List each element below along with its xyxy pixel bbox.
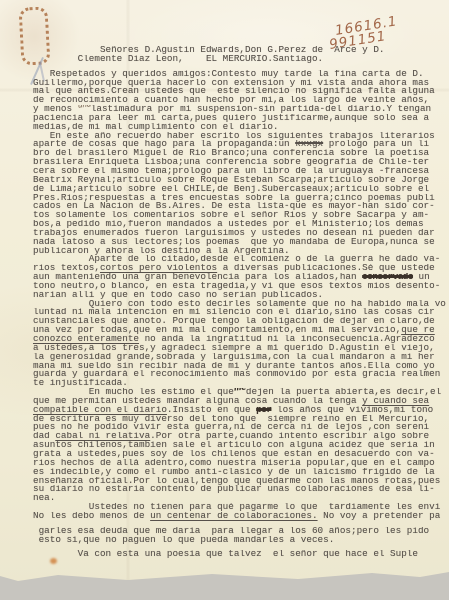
typed-text: trabajos enumerados fueron larguisimos y… [33, 229, 435, 238]
letter-line: publicaron y ahora los destino a la Arge… [33, 247, 447, 256]
letter-line: dad cabal ni relativa.Por otra parte,cua… [33, 432, 447, 441]
letter-line: Pres.Rios;respuestas a tres encuestas so… [33, 194, 447, 203]
typed-text: cados en La Nacion de Bs.Aires. De esta … [33, 202, 435, 211]
typed-text: No les debo menos de [33, 512, 150, 521]
typed-text: bro del brasilero Miguel de Rio Branco;u… [33, 149, 429, 158]
typed-text: aun manteniendo una gran benevolencia pa… [33, 273, 362, 282]
letter-line: de escritura es muy diverso del tono que… [33, 415, 447, 424]
typed-text: Beatrix Reynal;articulo sobre Roque Este… [33, 176, 429, 185]
letter-line: Va con esta una poesia que talvez el señ… [33, 550, 447, 559]
letter-line: cunstanciales que anoto. Porque tengo la… [33, 317, 447, 326]
letter-line: una vez por todas,que en mi mal comporta… [33, 326, 447, 335]
letter-body: Señores D.Agustin Edwards,Don G.Perez de… [33, 46, 447, 576]
typed-text: tos solamente los comentarios sobre el s… [33, 211, 429, 220]
typed-text: Quiero con todo esto decirles solamente … [33, 300, 446, 309]
typed-text: nea. [33, 494, 55, 503]
typed-text: mana mi sueldo sin recibir nada de mi y … [33, 362, 435, 371]
underlined-text: cortos pero violentos [100, 264, 217, 273]
letter-line: Clemente Diaz Leon, EL MERCURIO.Santiago… [33, 55, 447, 64]
letter-line: No les debo menos de un centenar de cola… [33, 512, 447, 521]
letter-line: Señores D.Agustin Edwards,Don G.Perez de… [33, 46, 447, 55]
typed-text: una vez por todas,que en mi mal comporta… [33, 326, 401, 335]
letter-line: grata a ustedes,pues soy de los chilenos… [33, 450, 447, 459]
typed-text: Pres.Rios;respuestas a tres encuestas so… [33, 194, 435, 203]
underlined-text: que re [401, 326, 434, 335]
typed-text: lastimadura por mi suspension-sin partid… [91, 105, 431, 114]
letter-line: Guillermo,porque queria hacerlo con exte… [33, 79, 447, 88]
letter-line: pues no he podido vivir esta guerra,ni d… [33, 423, 447, 432]
typed-text: asuntos chilenos,tambien sale el articul… [33, 441, 435, 450]
letter-line: medias,de mi mal cumplimiento con el dia… [33, 123, 447, 132]
letter-line: Quiero con todo esto decirles solamente … [33, 300, 447, 309]
letter-line: rios hechos de allá adentro,como nuestra… [33, 459, 447, 468]
typed-text: Guillermo,porque queria hacerlo con exte… [33, 79, 429, 88]
letter-line: luntad ni mala intencion en mi silencio … [33, 308, 447, 317]
underlined-text: que no paguen lo que pueda mandarles a v… [83, 536, 334, 545]
typed-text: bos,a pedido mio,fueron mandados a usted… [33, 220, 424, 229]
typed-text: su diario no estaria contento de publica… [33, 485, 435, 494]
underlined-text: conozco enteramente [33, 335, 139, 344]
letter-page: 16616.1 991151 Señores D.Agustin Edwards… [0, 0, 449, 584]
letter-line: garles esa deuda que me daria para llega… [33, 527, 447, 536]
typed-text: cera sobre el mismo tema;prologo para un… [33, 167, 429, 176]
typed-text: rios textos, [33, 264, 100, 273]
letter-line: En mucho les estimo el quemedejen la pue… [33, 388, 447, 397]
letter-line: es indecible,y como el rumbo anti-clasic… [33, 468, 447, 477]
typed-text: medias,de mi mal cumplimiento con el dia… [33, 123, 278, 132]
typed-text: En este año recuerdo haber escrito los s… [33, 132, 435, 141]
typed-text: los años que vivimos,mi tono [271, 406, 433, 415]
typed-text: a diversas publicaciones.Sé que ustede [217, 264, 435, 273]
typed-text: mal que antes.Crean ustedes que este sil… [33, 87, 435, 96]
letter-line: conozco enteramente no anda la ingratitu… [33, 335, 447, 344]
letter-line: Aparte de lo citado,desde el comienz o d… [33, 255, 447, 264]
ink-strikeout: conservado [362, 273, 413, 282]
letter-line: y menos unalastimadura por mi suspension… [33, 105, 447, 114]
typed-text: dad [33, 432, 55, 441]
typed-text: luntad ni mala intencion en mi silencio … [33, 308, 435, 317]
typed-text: la generosidad grande,sobrada y larguisi… [33, 353, 435, 362]
letter-line: cados en La Nacion de Bs.Aires. De esta … [33, 202, 447, 211]
typed-text: de reconocimiento a cuanto han hecho por… [33, 96, 429, 105]
typed-text: prologo para un li [323, 140, 429, 149]
typed-text: aparte de cosas que hago para la propaga… [33, 140, 295, 149]
typed-text: narian alli y que en todo caso no serian… [33, 291, 323, 300]
underlined-text: un centenar de colaboraciones. [150, 512, 317, 521]
typed-text: Ustedes no tienen para qué pagarme lo qu… [33, 503, 440, 512]
letter-line: te injustificada. [33, 379, 447, 388]
letter-line: cera sobre el mismo tema;prologo para un… [33, 167, 447, 176]
letter-line: a ustedes,a los tres,y agradeci siempre … [33, 344, 447, 353]
typed-strikeout: kxxgx [295, 140, 323, 149]
letter-line: nada latoso a sus lectores;los poemas qu… [33, 238, 447, 247]
typed-text: a ustedes,a los tres,y agradeci siempre … [33, 344, 435, 353]
typed-text: publicaron y ahora los destino a la Arge… [33, 247, 290, 256]
typed-text: Va con esta una poesia que talvez el señ… [33, 550, 418, 559]
letter-line: bro del brasilero Miguel de Rio Branco;u… [33, 149, 447, 158]
typed-text: es indecible,y como el rumbo anti-clasic… [33, 468, 435, 477]
document-scan: { "colors": { "paper": "#f3eed9", "ink":… [0, 0, 449, 600]
underlined-text: y cuando sea [362, 397, 429, 406]
typed-text: guarda y guardará el reconocimiento mas … [33, 370, 440, 379]
typed-text: grata a ustedes,pues soy de los chilenos… [33, 450, 435, 459]
letter-line: su diario no estaria contento de publica… [33, 485, 447, 494]
typed-text: y menos [33, 105, 78, 114]
letter-line: mana mi sueldo sin recibir nada de mi y … [33, 362, 447, 371]
letter-line: Ustedes no tienen para qué pagarme lo qu… [33, 503, 447, 512]
letter-line: esto si,que no paguen lo que pueda manda… [33, 536, 447, 545]
typed-text: Clemente Diaz Leon, EL MERCURIO.Santiago… [33, 55, 323, 64]
letter-line: aparte de cosas que hago para la propaga… [33, 140, 447, 149]
typed-text: no anda la ingratitud ni la inconsecuenc… [139, 335, 435, 344]
letter-line: trabajos enumerados fueron larguisimos y… [33, 229, 447, 238]
typed-text: .Insisto en que [167, 406, 256, 415]
letter-line: narian alli y que en todo caso no serian… [33, 291, 447, 300]
letter-line: que me permitan ustedes mandar alguna co… [33, 397, 447, 406]
letter-line: enseñanza oficial.Por lo cual,tengo que … [33, 477, 447, 486]
typed-text: enseñanza oficial.Por lo cual,tengo que … [33, 477, 440, 486]
letter-line: Beatrix Reynal;articulo sobre Roque Este… [33, 176, 447, 185]
ink-strikeout: por [256, 406, 271, 415]
typed-text: pues no he podido vivir esta guerra,ni d… [33, 423, 429, 432]
letter-line: En este año recuerdo haber escrito los s… [33, 132, 447, 141]
typed-text: te injustificada. [33, 379, 128, 388]
typed-text: Aparte de lo citado,desde el comienz o d… [33, 255, 440, 264]
typed-text: dejen la puerta abierta,es decir,el [246, 388, 441, 397]
typed-text: No voy a pretender pa [318, 512, 441, 521]
letter-line: aun manteniendo una gran benevolencia pa… [33, 273, 447, 282]
typed-text: Respetados y queridos amigos:Contesto mu… [33, 70, 424, 79]
letter-line: tos solamente los comentarios sobre el s… [33, 211, 447, 220]
letter-line: bos,a pedido mio,fueron mandados a usted… [33, 220, 447, 229]
letter-line: de Lima;articulo sobre eel CHILE,de Benj… [33, 185, 447, 194]
handwritten-insertion: una [77, 105, 91, 111]
letter-line: de reconocimiento a cuanto han hecho por… [33, 96, 447, 105]
letter-line: mal que antes.Crean ustedes que este sil… [33, 87, 447, 96]
typed-text: .Por otra parte,cuando intento escribir … [150, 432, 429, 441]
typed-text: Señores D.Agustin Edwards,Don G.Perez de… [33, 46, 384, 55]
typed-text: En mucho les estimo el que [33, 388, 234, 397]
letter-line: guarda y guardará el reconocimiento mas … [33, 370, 447, 379]
typed-text: rios hechos de allá adentro,como nuestra… [33, 459, 435, 468]
underlined-text: cabal ni relativa [55, 432, 150, 441]
typed-text: de escritura es muy diverso del tono que… [33, 415, 429, 424]
typed-text: que me permitan ustedes mandar alguna co… [33, 397, 362, 406]
typed-text: un [413, 273, 430, 282]
typed-text: paciencia para leer mi carta,pues quiero… [33, 114, 429, 123]
typed-text: brasilera Enriqueta Lisboa;una conferenc… [33, 158, 429, 167]
typed-text: cunstanciales que anoto. Porque tengo la… [33, 317, 435, 326]
handwritten-insertion: me [233, 388, 246, 393]
letter-line: brasilera Enriqueta Lisboa;una conferenc… [33, 158, 447, 167]
letter-line: compatible con el diario.Insisto en que … [33, 406, 447, 415]
underlined-text: compatible con el diario [33, 406, 167, 415]
typed-text: esto si, [33, 536, 83, 545]
letter-line: la generosidad grande,sobrada y larguisi… [33, 353, 447, 362]
letter-line: rios textos,cortos pero violentos a dive… [33, 264, 447, 273]
letter-line: paciencia para leer mi carta,pues quiero… [33, 114, 447, 123]
letter-line: tono neutro,o blanco, en esta tragedia,y… [33, 282, 447, 291]
typed-text: garles esa deuda que me daria para llega… [33, 527, 429, 536]
letter-line: Respetados y queridos amigos:Contesto mu… [33, 70, 447, 79]
letter-line: nea. [33, 494, 447, 503]
typed-text: nada latoso a sus lectores;los poemas qu… [33, 238, 435, 247]
typed-text: tono neutro,o blanco, en esta tragedia,y… [33, 282, 440, 291]
letter-line: asuntos chilenos,tambien sale el articul… [33, 441, 447, 450]
typed-text: de Lima;articulo sobre eel CHILE,de Benj… [33, 185, 429, 194]
